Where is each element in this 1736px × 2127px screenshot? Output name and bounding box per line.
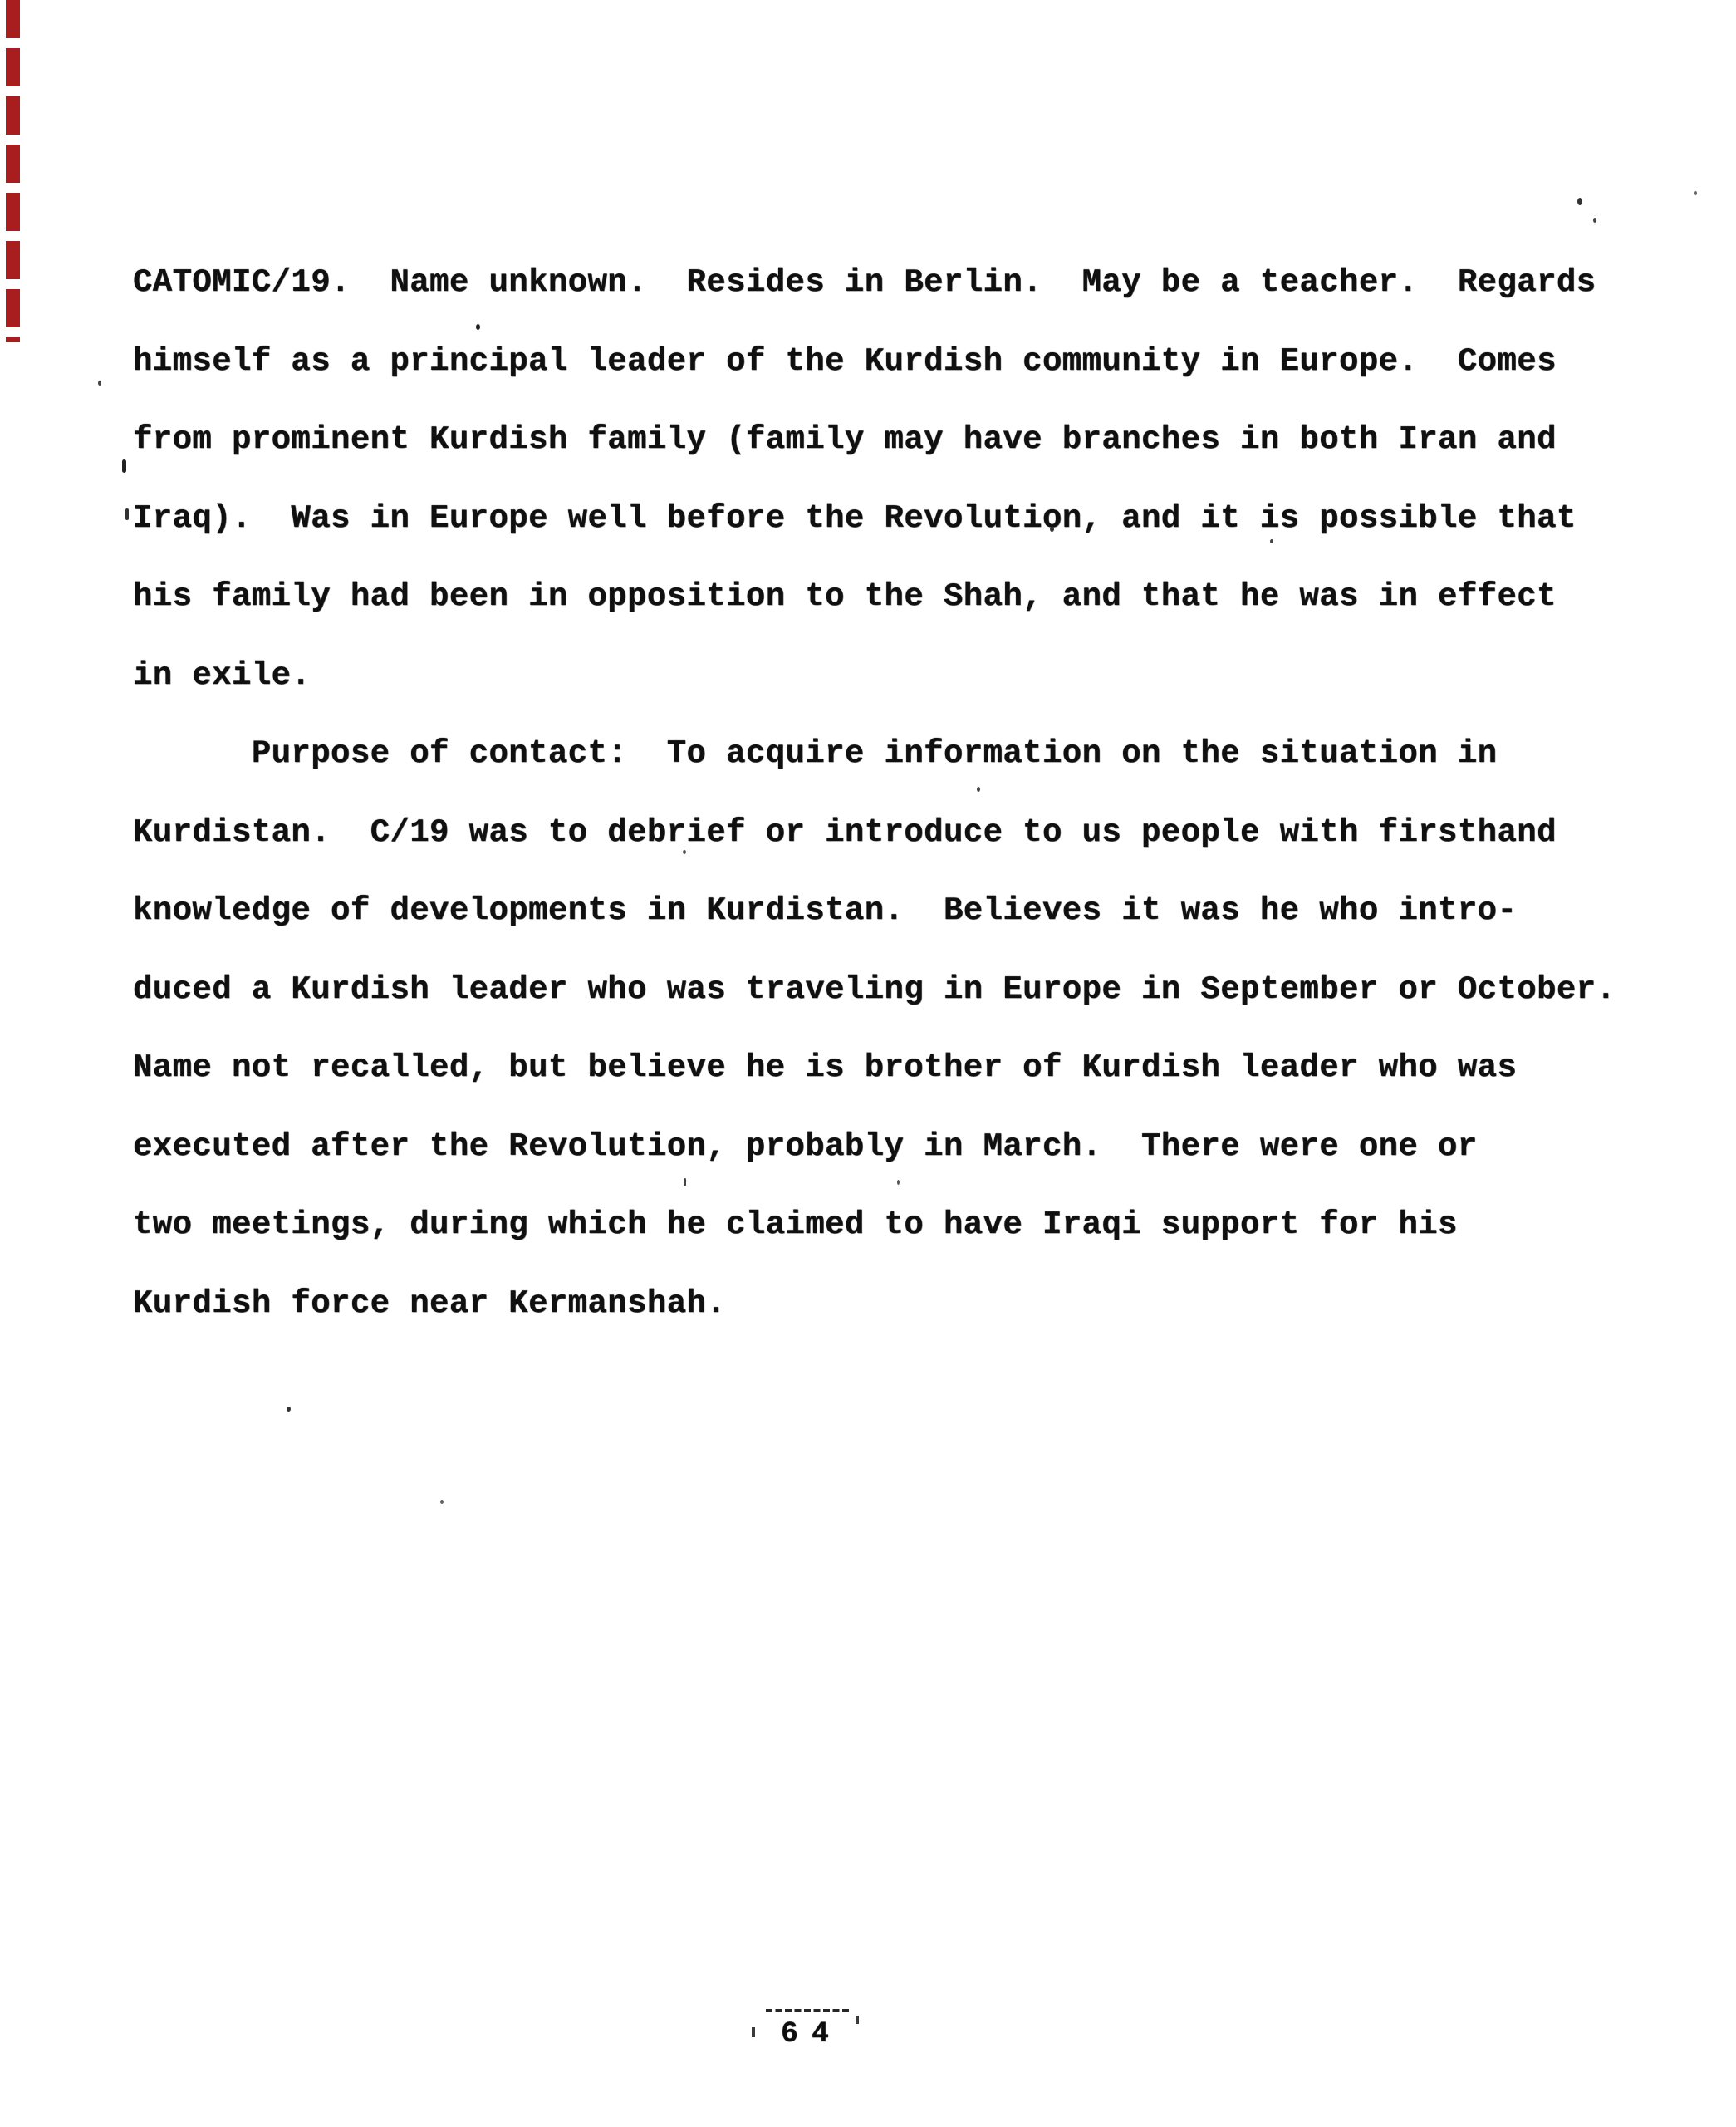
text-line: Iraq). Was in Europe well before the Rev… xyxy=(133,479,1645,558)
ink-speck xyxy=(1593,218,1596,223)
text-line: himself as a principal leader of the Kur… xyxy=(133,322,1645,401)
text-line: Name not recalled, but believe he is bro… xyxy=(133,1029,1645,1108)
ink-speck xyxy=(977,787,980,792)
ink-speck xyxy=(476,324,480,330)
text-line: Purpose of contact: To acquire informati… xyxy=(133,715,1645,793)
ink-speck xyxy=(1577,198,1582,205)
text-line: knowledge of developments in Kurdistan. … xyxy=(133,872,1645,951)
text-line: duced a Kurdish leader who was traveling… xyxy=(133,951,1645,1029)
ink-speck xyxy=(125,508,129,520)
ink-speck xyxy=(1270,539,1273,543)
ink-speck xyxy=(287,1407,291,1412)
text-line: two meetings, during which he claimed to… xyxy=(133,1186,1645,1265)
text-line: in exile. xyxy=(133,636,1645,715)
typewritten-text: CATOMIC/19. Name unknown. Resides in Ber… xyxy=(133,243,1645,1343)
text-line: CATOMIC/19. Name unknown. Resides in Ber… xyxy=(133,243,1645,322)
ink-speck xyxy=(1050,527,1054,532)
ink-speck xyxy=(897,1180,900,1185)
ink-speck xyxy=(98,381,101,386)
ink-speck xyxy=(440,1500,444,1504)
page-number-tick-left xyxy=(752,2027,755,2037)
ink-speck xyxy=(1694,191,1697,195)
left-edge-scan-mark xyxy=(6,0,20,342)
text-line: Kurdish force near Kermanshah. xyxy=(133,1265,1645,1343)
text-line: from prominent Kurdish family (family ma… xyxy=(133,400,1645,479)
text-line: Kurdistan. C/19 was to debrief or introd… xyxy=(133,793,1645,872)
document-page: CATOMIC/19. Name unknown. Resides in Ber… xyxy=(0,0,1736,2127)
page-number: 64 xyxy=(766,2009,849,2051)
ink-speck xyxy=(122,459,126,473)
text-line: executed after the Revolution, probably … xyxy=(133,1108,1645,1186)
text-line: his family had been in opposition to the… xyxy=(133,558,1645,636)
page-number-tick-right xyxy=(856,2016,859,2024)
ink-speck xyxy=(683,850,686,854)
ink-speck xyxy=(684,1178,686,1186)
